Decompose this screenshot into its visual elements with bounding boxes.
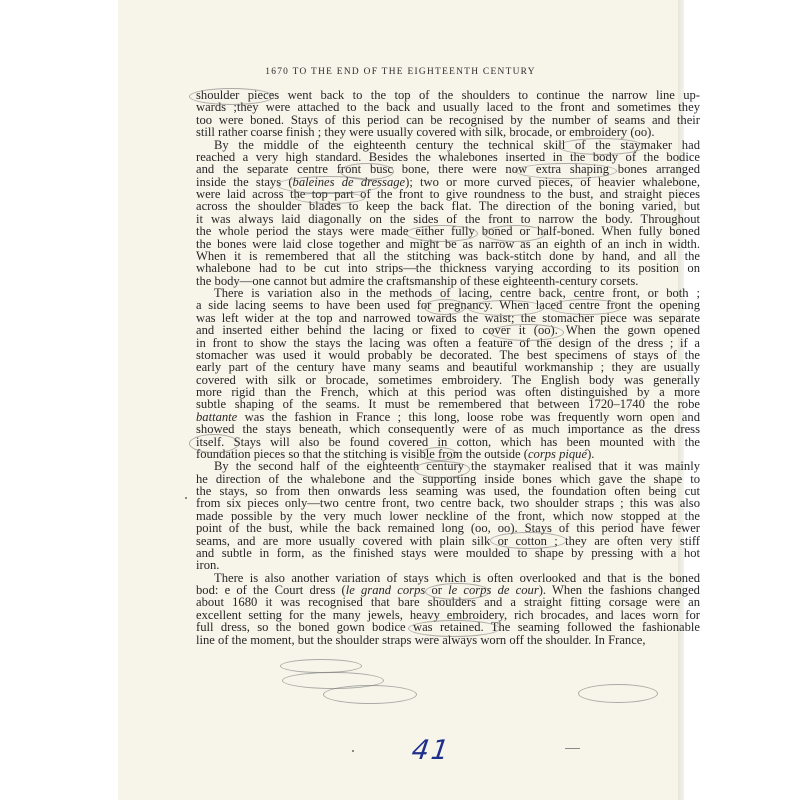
running-head: 1670 TO THE END OF THE EIGHTEENTH CENTUR… (118, 67, 683, 77)
text-line: wards ;they were attached to the back an… (196, 101, 700, 113)
pencil-dash (565, 748, 580, 749)
text-line: about 1680 it was recognised that bare s… (196, 596, 700, 608)
text-line: whalebone had to be cut into strips—the … (196, 262, 700, 274)
stray-mark (185, 497, 187, 499)
text-line: and the separate centre front busc bone,… (196, 163, 700, 175)
text-line: from six pieces only—two centre front, t… (196, 497, 700, 509)
text-line: full dress, so the boned gown bodice was… (196, 621, 700, 633)
text-line: the whole period the stays were made eit… (196, 225, 700, 237)
stray-mark (352, 750, 354, 752)
text-line: a side lacing seems to have been used fo… (196, 299, 700, 311)
text-line: iron. (196, 559, 700, 571)
text-line: subtle shaping of the seams. It must be … (196, 398, 700, 410)
text-line: line of the moment, but the shoulder str… (196, 634, 700, 646)
body-text: shoulder pieces went back to the top of … (196, 89, 700, 646)
text-line: still rather coarse finish ; they were u… (196, 126, 700, 138)
text-line: early part of the century have many seam… (196, 361, 700, 373)
text-line: point of the bust, while the back remain… (196, 522, 700, 534)
handwritten-page-number: 41 (410, 735, 453, 766)
text-line: and inserted either behind the lacing or… (196, 324, 700, 336)
text-line: By the second half of the eighteenth cen… (196, 460, 700, 472)
text-line: across the shoulder blades to keep the b… (196, 200, 700, 212)
text-line: and subtle in form, as the finished stay… (196, 547, 700, 559)
text-line: showed the stays beneath, which conseque… (196, 423, 700, 435)
